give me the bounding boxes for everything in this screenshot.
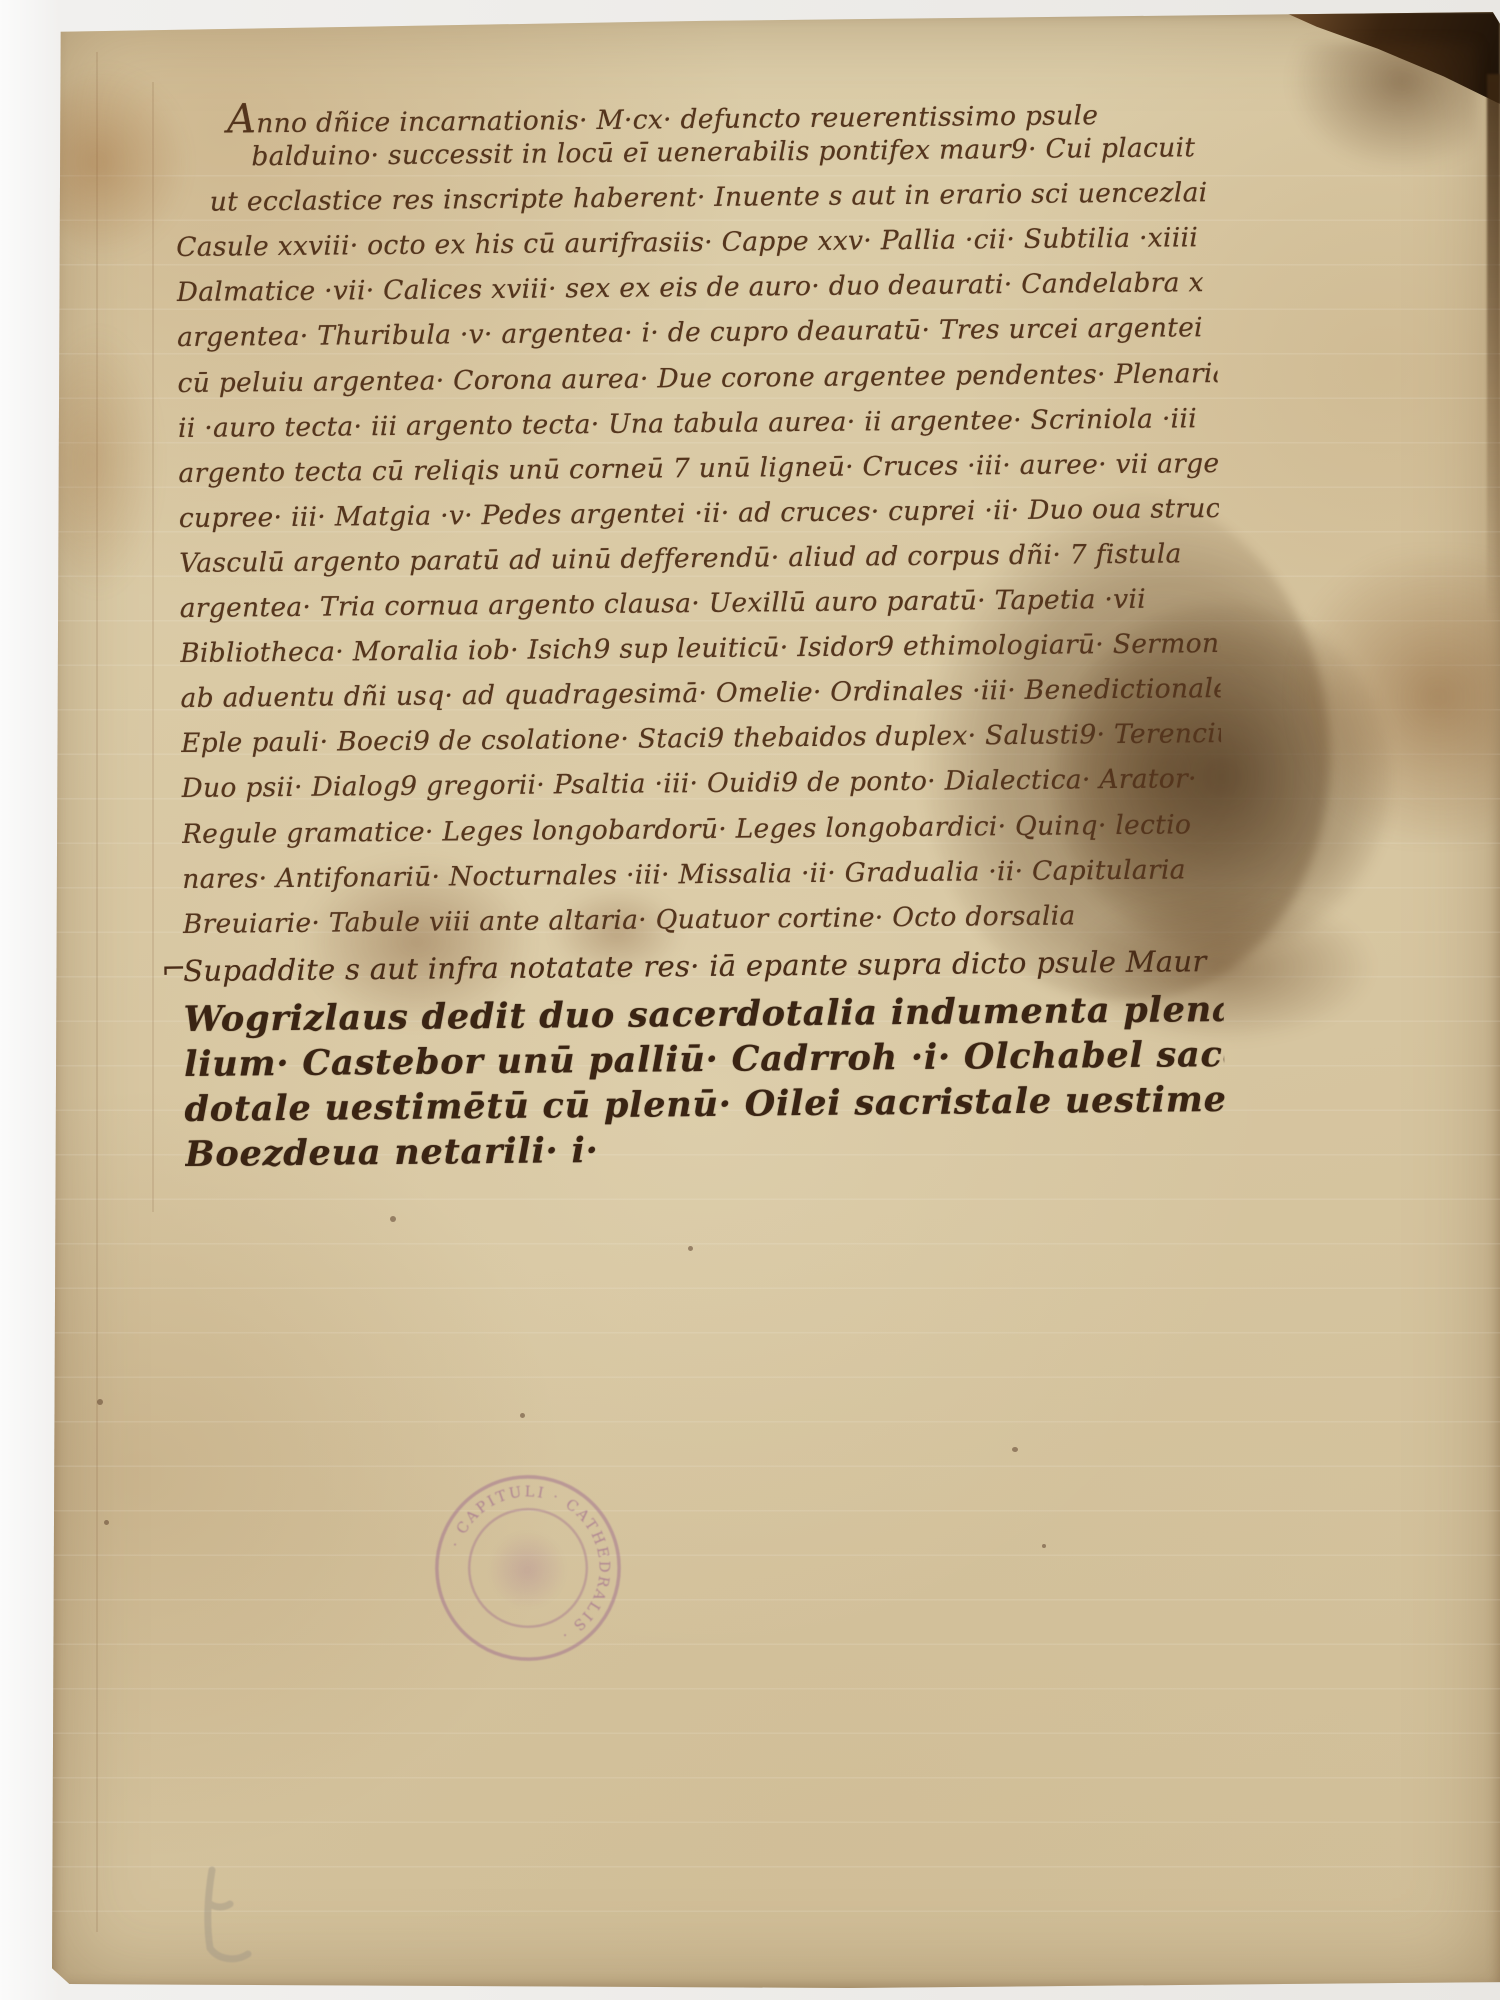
margin-rule-line [152, 82, 154, 1212]
ink-speck [104, 1520, 109, 1525]
ink-speck [390, 1216, 396, 1222]
ink-speck [97, 1399, 103, 1405]
ink-speck [1042, 1544, 1046, 1548]
parchment-page: ⌐ Anno dñice incarnationis· M·cx· defunc… [52, 12, 1500, 1988]
binding-edge [1487, 74, 1500, 614]
ink-speck [1012, 1447, 1018, 1452]
scanned-manuscript: ⌐ Anno dñice incarnationis· M·cx· defunc… [0, 0, 1500, 2000]
wax-mark [190, 1864, 260, 1978]
corner-stain [1288, 42, 1478, 172]
manuscript-text-block: ⌐ Anno dñice incarnationis· M·cx· defunc… [175, 87, 1225, 1179]
ink-speck [688, 1246, 693, 1251]
ink-speck [520, 1413, 525, 1418]
marginal-mark: ⌐ [161, 952, 186, 987]
crease-line [96, 52, 98, 1932]
